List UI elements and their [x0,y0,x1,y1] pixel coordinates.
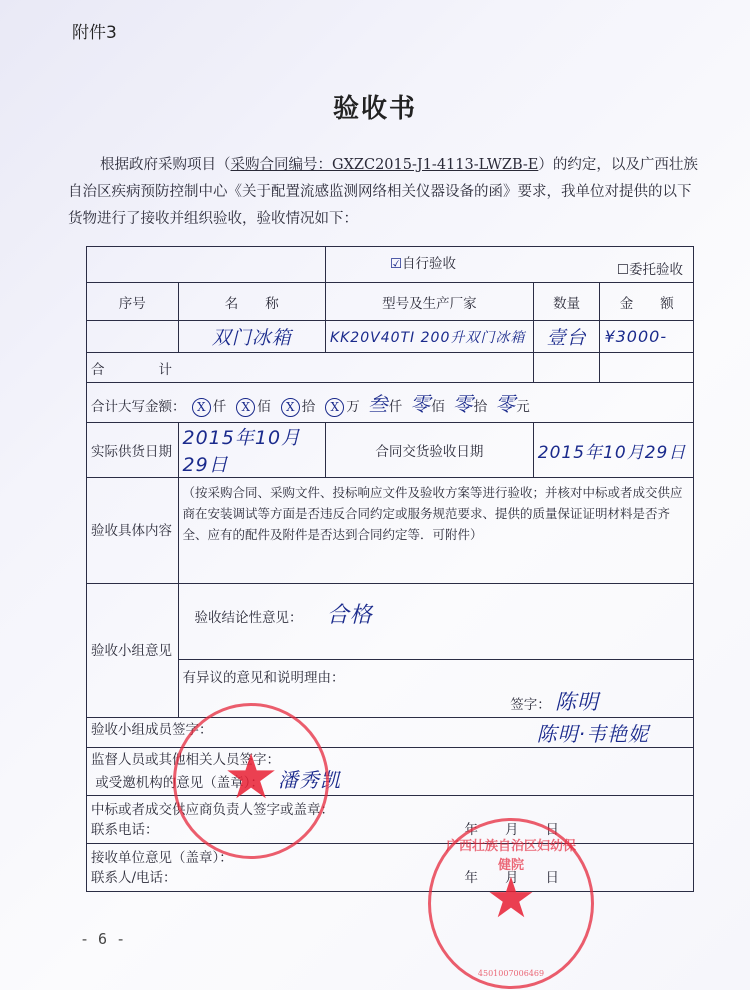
inspection-type-cell: ☑自行验收 ☐委托验收 [325,247,693,283]
blank-cell [87,247,326,283]
attachment-label: 附件3 [72,18,117,43]
amount-digit: X [192,398,211,417]
row-quantity: 壹台 [533,321,600,353]
supervisor-line1: 监督人员或其他相关人员签字： [91,750,689,770]
amount-digit: X [236,398,255,417]
amount-unit: 仟 [213,399,227,415]
objection-cell: 有异议的意见和说明理由： 签字： 陈明 [178,660,694,718]
inspection-type-row: ☑自行验收 ☐委托验收 [87,247,694,283]
stamp-number: 4501007006469 [431,969,591,978]
row-amount: ¥3000- [600,321,694,353]
receiver-cell: 接收单位意见（盖章）： 联系人/电话：年 月 日 [87,844,694,892]
header-amount: 金 额 [600,283,694,321]
total-quantity [533,353,600,383]
contract-date-value: 2015年10月29日 [533,423,693,478]
amount-unit: 仟 [389,399,403,415]
row-index [87,321,179,353]
members-label: 验收小组成员签字： [91,722,213,738]
checkbox-empty-icon: ☐ [617,262,629,278]
page-number: - 6 - [80,930,125,948]
amount-unit: 佰 [431,399,445,415]
row-name: 双门冰箱 [178,321,325,353]
acceptance-table: ☑自行验收 ☐委托验收 序号 名 称 型号及生产厂家 数量 金 额 双门冰箱 K… [86,246,694,892]
header-quantity: 数量 [533,283,600,321]
receiver-line2: 联系人/电话： [91,870,177,886]
amount-unit: 元 [516,399,530,415]
total-row: 合 计 [87,353,694,383]
amount-digit: 零 [410,392,431,416]
content-label: 验收具体内容 [87,478,179,584]
row-model: KK20V40TI 200升双门冰箱 [325,321,533,353]
conclusion-value: 合格 [327,603,373,628]
contract-number: 采购合同编号：GXZC2015-J1-4113-LWZB-E [231,157,539,173]
table-row: 双门冰箱 KK20V40TI 200升双门冰箱 壹台 ¥3000- [87,321,694,353]
amount-unit: 拾 [302,399,316,415]
amount-digit: X [281,398,300,417]
objection-label: 有异议的意见和说明理由： [183,666,690,686]
content-text: （按采购合同、采购文件、投标响应文件及验收方案等进行验收；并核对中标或者成交供应… [178,478,694,584]
amount-unit: 万 [346,399,360,415]
supervisor-row: 监督人员或其他相关人员签字： 或受邀机构的意见（盖章）：潘秀凯 [87,748,694,796]
objection-row: 有异议的意见和说明理由： 签字： 陈明 [87,660,694,718]
total-amount [600,353,694,383]
amount-digit: 叁 [368,392,389,416]
sign-label: 签字： [510,697,551,713]
members-value: 陈明·韦艳妮 [537,718,649,747]
supplier-cell: 中标或者成交供应商负责人签字或盖章： 联系电话：年 月 日 [87,796,694,844]
header-index: 序号 [87,283,179,321]
self-inspection-checkbox[interactable]: ☑自行验收 [390,256,456,272]
supplier-line2: 联系电话： [91,822,159,838]
opinion-label: 验收小组意见 [87,584,179,718]
supervisor-line2: 或受邀机构的意见（盖章）： [95,775,264,791]
document-title: 验收书 [0,88,750,125]
header-model: 型号及生产厂家 [325,283,533,321]
header-name: 名 称 [178,283,325,321]
amount-words-cell: 合计大写金额： X仟X佰X拾X万叁仟零佰零拾零元 [87,383,694,423]
total-label: 合 计 [87,353,534,383]
opinion-signature: 签字： 陈明 [183,686,690,716]
checkbox-checked-icon: ☑ [390,256,402,272]
dates-row: 实际供货日期 2015年10月29日 合同交货验收日期 2015年10月29日 [87,423,694,478]
amount-words-label: 合计大写金额： [91,399,186,415]
actual-date-label: 实际供货日期 [87,423,179,478]
contract-date-label: 合同交货验收日期 [325,423,533,478]
intro-paragraph: 根据政府采购项目（采购合同编号：GXZC2015-J1-4113-LWZB-E）… [68,152,698,233]
receiver-line1: 接收单位意见（盖章）： [91,848,689,868]
table-header-row: 序号 名 称 型号及生产厂家 数量 金 额 [87,283,694,321]
amount-unit: 佰 [257,399,271,415]
content-row: 验收具体内容 （按采购合同、采购文件、投标响应文件及验收方案等进行验收；并核对中… [87,478,694,584]
supervisor-cell: 监督人员或其他相关人员签字： 或受邀机构的意见（盖章）：潘秀凯 [87,748,694,796]
supervisor-value: 潘秀凯 [278,768,341,792]
sign-value: 陈明 [555,690,599,714]
receiver-date: 年 月 日 [465,868,560,888]
amount-digit: 零 [495,392,516,416]
supplier-date: 年 月 日 [465,820,560,840]
amount-words-units: X仟X佰X拾X万叁仟零佰零拾零元 [190,399,538,415]
intro-part1: 根据政府采购项目（ [100,157,231,173]
opinion-conclusion-row: 验收小组意见 验收结论性意见： 合格 [87,584,694,660]
amount-digit: X [325,398,344,417]
supplier-line1: 中标或者成交供应商负责人签字或盖章： [91,800,689,820]
conclusion-cell: 验收结论性意见： 合格 [178,584,694,660]
conclusion-label: 验收结论性意见： [195,610,303,626]
amount-words-row: 合计大写金额： X仟X佰X拾X万叁仟零佰零拾零元 [87,383,694,423]
members-cell: 验收小组成员签字： 陈明·韦艳妮 [87,718,694,748]
entrusted-inspection-checkbox[interactable]: ☐委托验收 [617,258,683,278]
supplier-row: 中标或者成交供应商负责人签字或盖章： 联系电话：年 月 日 [87,796,694,844]
members-row: 验收小组成员签字： 陈明·韦艳妮 [87,718,694,748]
receiver-row: 接收单位意见（盖章）： 联系人/电话：年 月 日 [87,844,694,892]
amount-unit: 拾 [474,399,488,415]
amount-digit: 零 [453,392,474,416]
actual-date-value: 2015年10月29日 [178,423,325,478]
